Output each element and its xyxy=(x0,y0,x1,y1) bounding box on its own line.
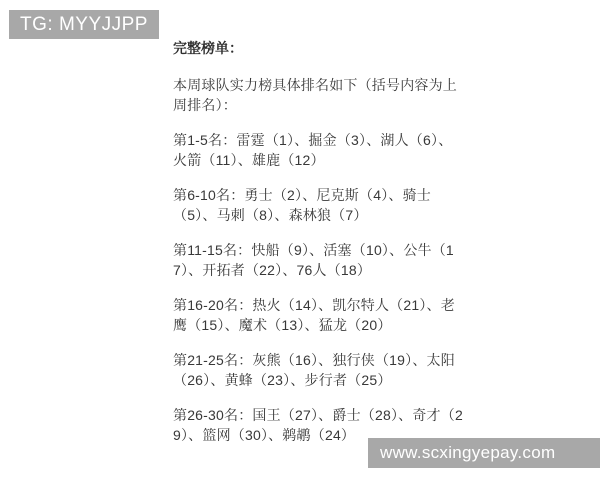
ranking-paragraph-6-10: 第6-10名：勇士（2）、尼克斯（4）、骑士（5）、马刺（8）、森林狼（7） xyxy=(173,185,465,225)
website-watermark: www.scxingyepay.com xyxy=(368,438,600,468)
page: TG: MYYJJPP 完整榜单： 本周球队实力榜具体排名如下（括号内容为上周排… xyxy=(0,0,600,480)
ranking-paragraph-21-25: 第21-25名：灰熊（16）、独行侠（19）、太阳（26）、黄蜂（23）、步行者… xyxy=(173,350,465,390)
ranking-paragraph-16-20: 第16-20名：热火（14）、凯尔特人（21）、老鹰（15）、魔术（13）、猛龙… xyxy=(173,295,465,335)
telegram-contact-badge: TG: MYYJJPP xyxy=(9,10,159,39)
article-content: 完整榜单： 本周球队实力榜具体排名如下（括号内容为上周排名）： 第1-5名：雷霆… xyxy=(173,38,465,460)
ranking-paragraph-1-5: 第1-5名：雷霆（1）、掘金（3）、湖人（6）、火箭（11）、雄鹿（12） xyxy=(173,130,465,170)
intro-paragraph: 本周球队实力榜具体排名如下（括号内容为上周排名）： xyxy=(173,75,465,115)
ranking-paragraph-11-15: 第11-15名：快船（9）、活塞（10）、公牛（17）、开拓者（22）、76人（… xyxy=(173,240,465,280)
article-heading: 完整榜单： xyxy=(173,38,465,58)
